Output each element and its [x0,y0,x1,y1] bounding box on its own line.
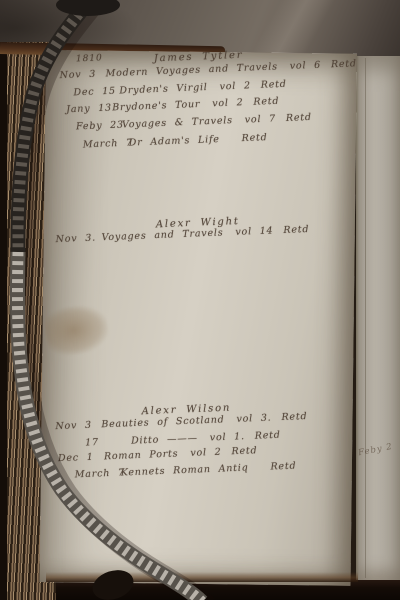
entry-status: Retd [255,430,281,442]
entry-title: Voyages & Travels [122,115,233,130]
entry-date: Nov 3. [55,232,101,245]
entry-date: Dec 1 [58,451,104,464]
entry-date: March 7 [75,468,121,481]
entry-volume: vol 6 [290,60,322,72]
section-header-james-tytler: James Tytler [154,50,244,65]
entry-status: Retd [270,460,296,472]
entry-date: Nov 3 [55,419,101,432]
facing-page-seam [365,58,366,578]
entry-status: Retd [286,112,312,124]
ledger-entry: March 7Kennets Roman AntiqRetd [75,460,297,480]
entry-date: Nov 3 [59,68,105,81]
entry-volume: vol 14 [235,225,273,238]
ledger-entry: Feby 23Voyages & Travelsvol 7Retd [76,112,312,132]
ledger-entry: Jany 13Brydone's Tourvol 2Retd [66,96,279,116]
entry-status: Retd [231,445,257,457]
entry-title: Ditto ——— [131,433,198,447]
entry-title: Roman Ports [104,448,179,462]
page-stain [43,302,111,358]
entry-volume: vol 2 [190,447,222,459]
entry-status: Retd [261,79,287,91]
entry-volume: vol 1. [210,431,245,443]
entry-title: Beauties of Scotland [101,414,225,430]
ledger-year: 1810 [76,53,103,64]
facing-page [356,56,400,580]
entry-title: Dryden's Virgil [119,82,208,97]
entry-date: Dec 15 [73,85,119,98]
entry-title: Brydone's Tour [112,99,200,114]
entry-date: 17 [85,436,131,449]
entry-title: Kennets Roman Antiq [121,462,249,478]
entry-date: Feby 23 [76,120,122,133]
entry-status: Retd [283,224,309,236]
entry-date: Jany 13 [66,102,112,115]
entry-date: March 7 [83,138,129,151]
entry-status: Retd [253,96,279,108]
ledger-entry: Dec 15Dryden's Virgilvol 2Retd [73,79,287,99]
entry-volume: vol 7 [245,113,277,125]
entry-status: Retd [281,411,307,423]
page-bottom-edge [46,572,358,582]
entry-volume: vol 2 [212,97,244,109]
photo-of-ledger: Feby 2 1810 James Tytler Nov 3Modern Voy… [0,0,400,600]
entry-volume: vol 3. [236,412,271,424]
entry-title: Modern Voyages and Travels [105,61,278,79]
entry-title: Dr Adam's Life [129,134,220,149]
ledger-entry: March 7Dr Adam's LifeRetd [83,132,268,150]
entry-volume: vol 2 [219,80,251,92]
entry-status: Retd [241,132,267,144]
entry-title: Voyages and Travels [101,227,223,243]
entry-status: Retd [331,58,357,70]
